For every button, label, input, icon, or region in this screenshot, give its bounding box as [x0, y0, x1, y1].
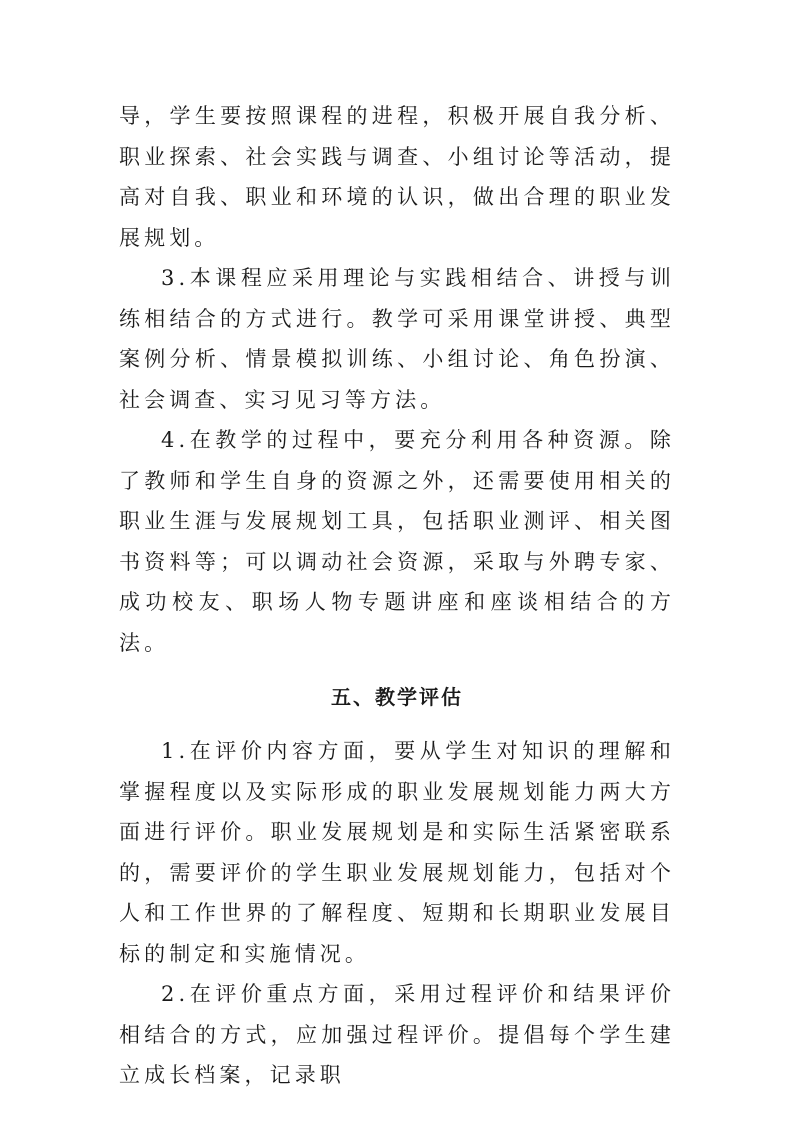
- paragraph-item-3: 3.本课程应采用理论与实践相结合、讲授与训练相结合的方式进行。教学可采用课堂讲授…: [119, 258, 675, 420]
- paragraph-continuation: 导，学生要按照课程的进程，积极开展自我分析、职业探索、社会实践与调查、小组讨论等…: [119, 96, 675, 258]
- paragraph-eval-2: 2.在评价重点方面，采用过程评价和结果评价相结合的方式，应加强过程评价。提倡每个…: [119, 974, 675, 1096]
- paragraph-item-4: 4.在教学的过程中，要充分利用各种资源。除了教师和学生自身的资源之外，还需要使用…: [119, 420, 675, 663]
- document-page: 导，学生要按照课程的进程，积极开展自我分析、职业探索、社会实践与调查、小组讨论等…: [119, 96, 675, 1096]
- section-heading-teaching-evaluation: 五、教学评估: [119, 677, 675, 717]
- paragraph-eval-1: 1.在评价内容方面，要从学生对知识的理解和掌握程度以及实际形成的职业发展规划能力…: [119, 731, 675, 974]
